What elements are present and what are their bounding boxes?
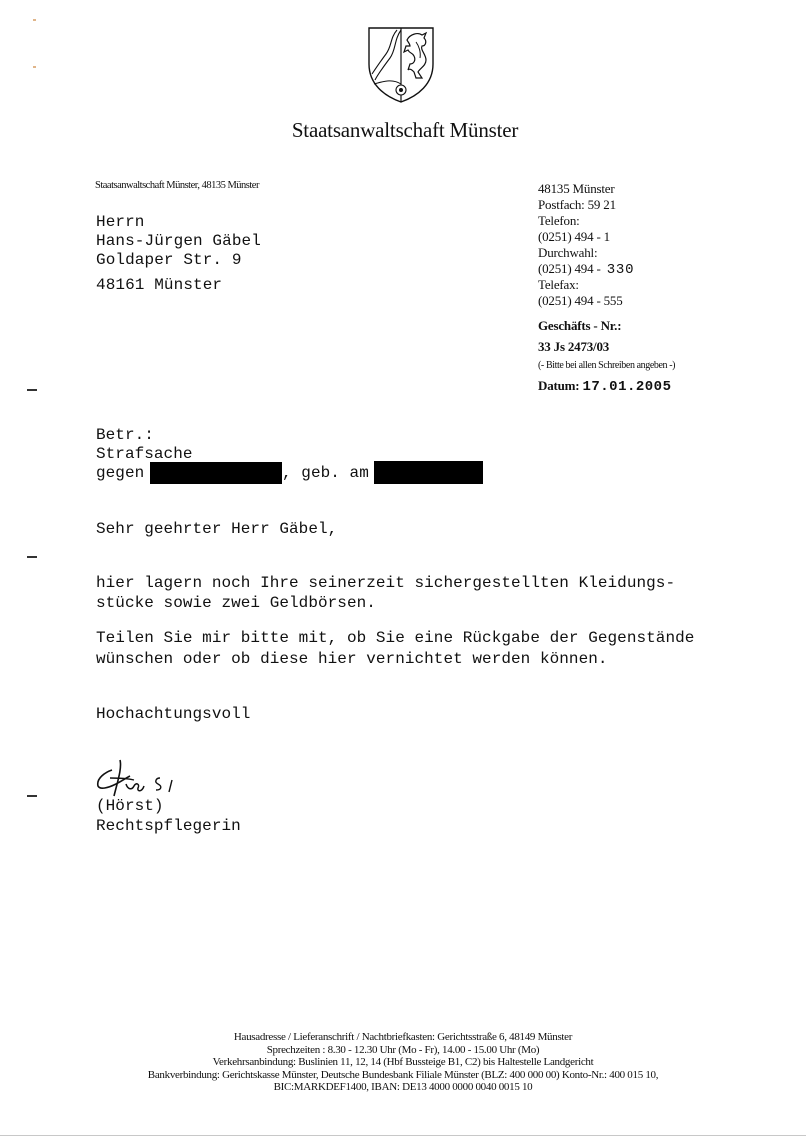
signer-title: Rechtspflegerin	[96, 817, 241, 835]
recipient-salutation: Herrn	[96, 213, 145, 231]
org-title: Staatsanwaltschaft Münster	[0, 118, 806, 143]
greeting: Sehr geehrter Herr Gäbel,	[96, 520, 337, 538]
recipient-city: 48161 Münster	[96, 276, 222, 294]
body-paragraph-2-line-2: wünschen oder ob diese hier vernichtet w…	[96, 650, 608, 668]
footer-bank-codes: BIC:MARKDEF1400, IBAN: DE13 4000 0000 00…	[0, 1081, 806, 1094]
signer-name: (Hörst)	[96, 797, 164, 815]
reference-label: Geschäfts - Nr.:	[538, 318, 621, 334]
contact-durchwahl-label: Durchwahl:	[538, 245, 597, 261]
contact-postfach: Postfach: 59 21	[538, 197, 616, 213]
scan-edge-line	[0, 1135, 806, 1136]
date-value: 17.01.2005	[582, 379, 671, 395]
reference-number: 33 Js 2473/03	[538, 339, 609, 355]
subject-label: Betr.:	[96, 426, 154, 444]
contact-city: 48135 Münster	[538, 181, 614, 197]
redacted-name-block	[150, 462, 282, 484]
subject-born-text: , geb. am	[282, 464, 369, 482]
subject-case-type: Strafsache	[96, 445, 193, 463]
fold-mark	[27, 795, 37, 797]
footer-address: Hausadresse / Lieferanschrift / Nachtbri…	[0, 1031, 806, 1044]
scan-speck	[33, 19, 36, 21]
body-paragraph-1-line-1: hier lagern noch Ihre seinerzeit sicherg…	[96, 574, 675, 592]
footer-office-hours: Sprechzeiten : 8.30 - 12.30 Uhr (Mo - Fr…	[0, 1044, 806, 1057]
org-title-text: Staatsanwaltschaft Münster	[292, 118, 518, 142]
contact-telefax: (0251) 494 - 555	[538, 293, 623, 309]
date-label: Datum:	[538, 378, 579, 393]
contact-telefon: (0251) 494 - 1	[538, 229, 610, 245]
closing: Hochachtungsvoll	[96, 705, 250, 723]
body-paragraph-1-line-2: stücke sowie zwei Geldbörsen.	[96, 594, 376, 612]
letter-date: Datum: 17.01.2005	[538, 378, 671, 395]
scan-speck	[33, 66, 36, 68]
contact-telefax-label: Telefax:	[538, 277, 579, 293]
sender-return-address: Staatsanwaltschaft Münster, 48135 Münste…	[95, 180, 259, 191]
body-paragraph-2-line-1: Teilen Sie mir bitte mit, ob Sie eine Rü…	[96, 629, 694, 647]
reference-hint: (- Bitte bei allen Schreiben angeben -)	[538, 358, 675, 374]
footer-bank: Bankverbindung: Gerichtskasse Münster, D…	[0, 1069, 806, 1082]
nrw-coat-of-arms-icon	[366, 24, 436, 104]
contact-telefon-label: Telefon:	[538, 213, 580, 229]
footer-transport: Verkehrsanbindung: Buslinien 11, 12, 14 …	[0, 1056, 806, 1069]
redacted-birthdate-block	[374, 461, 483, 484]
recipient-name: Hans-Jürgen Gäbel	[96, 232, 261, 250]
subject-against: gegen	[96, 464, 144, 482]
fold-mark	[27, 556, 37, 558]
contact-durchwahl: (0251) 494 - 330	[538, 261, 634, 278]
recipient-street: Goldaper Str. 9	[96, 251, 242, 269]
fold-mark	[27, 389, 37, 391]
durchwahl-prefix: (0251) 494 -	[538, 261, 604, 276]
durchwahl-extension: 330	[607, 262, 635, 278]
